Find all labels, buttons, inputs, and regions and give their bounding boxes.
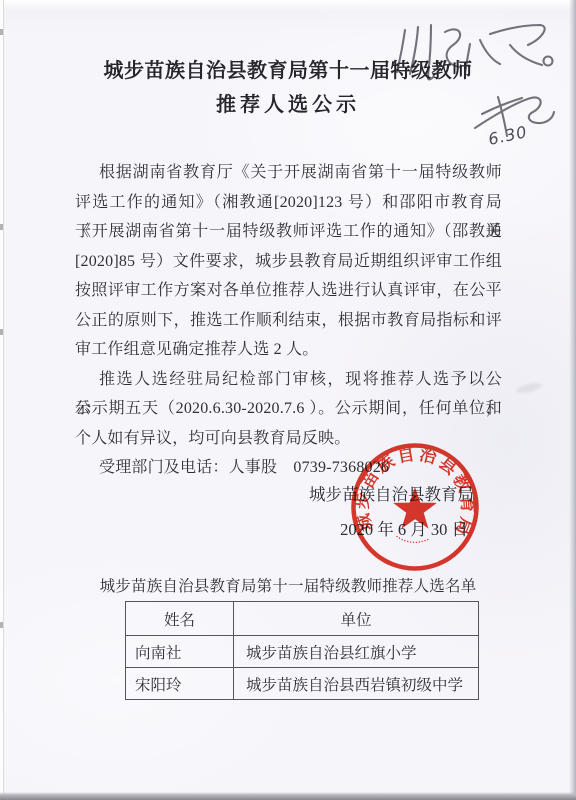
body-line: 于开展湖南省第十一届特级教师评选工作的通知》（邵教通 [75,217,502,247]
body-line: 推选人选经驻局纪检部门审核，现将推荐人选予以公示， [75,365,502,395]
document-title: 城步苗族自治县教育局第十一届特级教师 推荐人选公示 [0,54,576,122]
pencil-smudge [515,381,542,395]
svg-text:••••••••••••: •••••••••••• [394,534,432,546]
scan-mark [0,224,3,230]
roster-header-name: 姓名 [126,602,234,636]
table-row: 向南社 城步苗族自治县红旗小学 [126,636,479,668]
seal-star-icon [393,487,437,529]
roster-unit: 城步苗族自治县西岩镇初级中学 [234,668,479,700]
roster-header-row: 姓名 单位 [126,602,479,636]
official-seal: 城步苗族自治县教育局 •••••••••••• [345,437,485,577]
body-line: 评选工作的通知》（湘教通[2020]123 号）和邵阳市教育局《关 [75,188,502,218]
body-line: 审工作组意见确定推荐人选 2 人。 [75,335,502,365]
body-line: [2020]85 号）文件要求，城步县教育局近期组织评审工作组 [75,247,502,277]
roster-title: 城步苗族自治县教育局第十一届特级教师推荐人选名单 [0,574,576,596]
title-line-2: 推荐人选公示 [0,89,576,122]
scan-mark [0,329,3,335]
table-row: 宋阳玲 城步苗族自治县西岩镇初级中学 [126,668,479,700]
scan-mark [0,622,3,628]
roster-header-unit: 单位 [234,602,479,636]
seal-code-marks: •••••••••••• [394,534,432,546]
body-line: 按照评审工作方案对各单位推荐人选进行认真评审，在公平 [75,276,502,306]
body-line: 根据湖南省教育厅《关于开展湖南省第十一届特级教师 [75,158,502,188]
title-line-1: 城步苗族自治县教育局第十一届特级教师 [0,54,576,89]
body-line: 公正的原则下，推选工作顺利结束，根据市教育局指标和评 [75,306,502,336]
notice-body: 根据湖南省教育厅《关于开展湖南省第十一届特级教师 评选工作的通知》（湘教通[20… [75,158,502,483]
scan-edge-bottom [0,792,576,800]
roster-name: 宋阳玲 [126,668,234,700]
body-line: 公示期五天（2020.6.30-2020.7.6 ）。公示期间，任何单位和 [75,394,502,424]
scanned-notice-page: 6.30 城步苗族自治县教育局第十一届特级教师 推荐人选公示 根据湖南省教育厅《… [0,0,576,800]
roster-unit: 城步苗族自治县红旗小学 [234,636,479,668]
roster-table: 姓名 单位 向南社 城步苗族自治县红旗小学 宋阳玲 城步苗族自治县西岩镇初级中学 [125,601,479,700]
roster-name: 向南社 [126,636,234,668]
scan-mark [0,29,3,35]
